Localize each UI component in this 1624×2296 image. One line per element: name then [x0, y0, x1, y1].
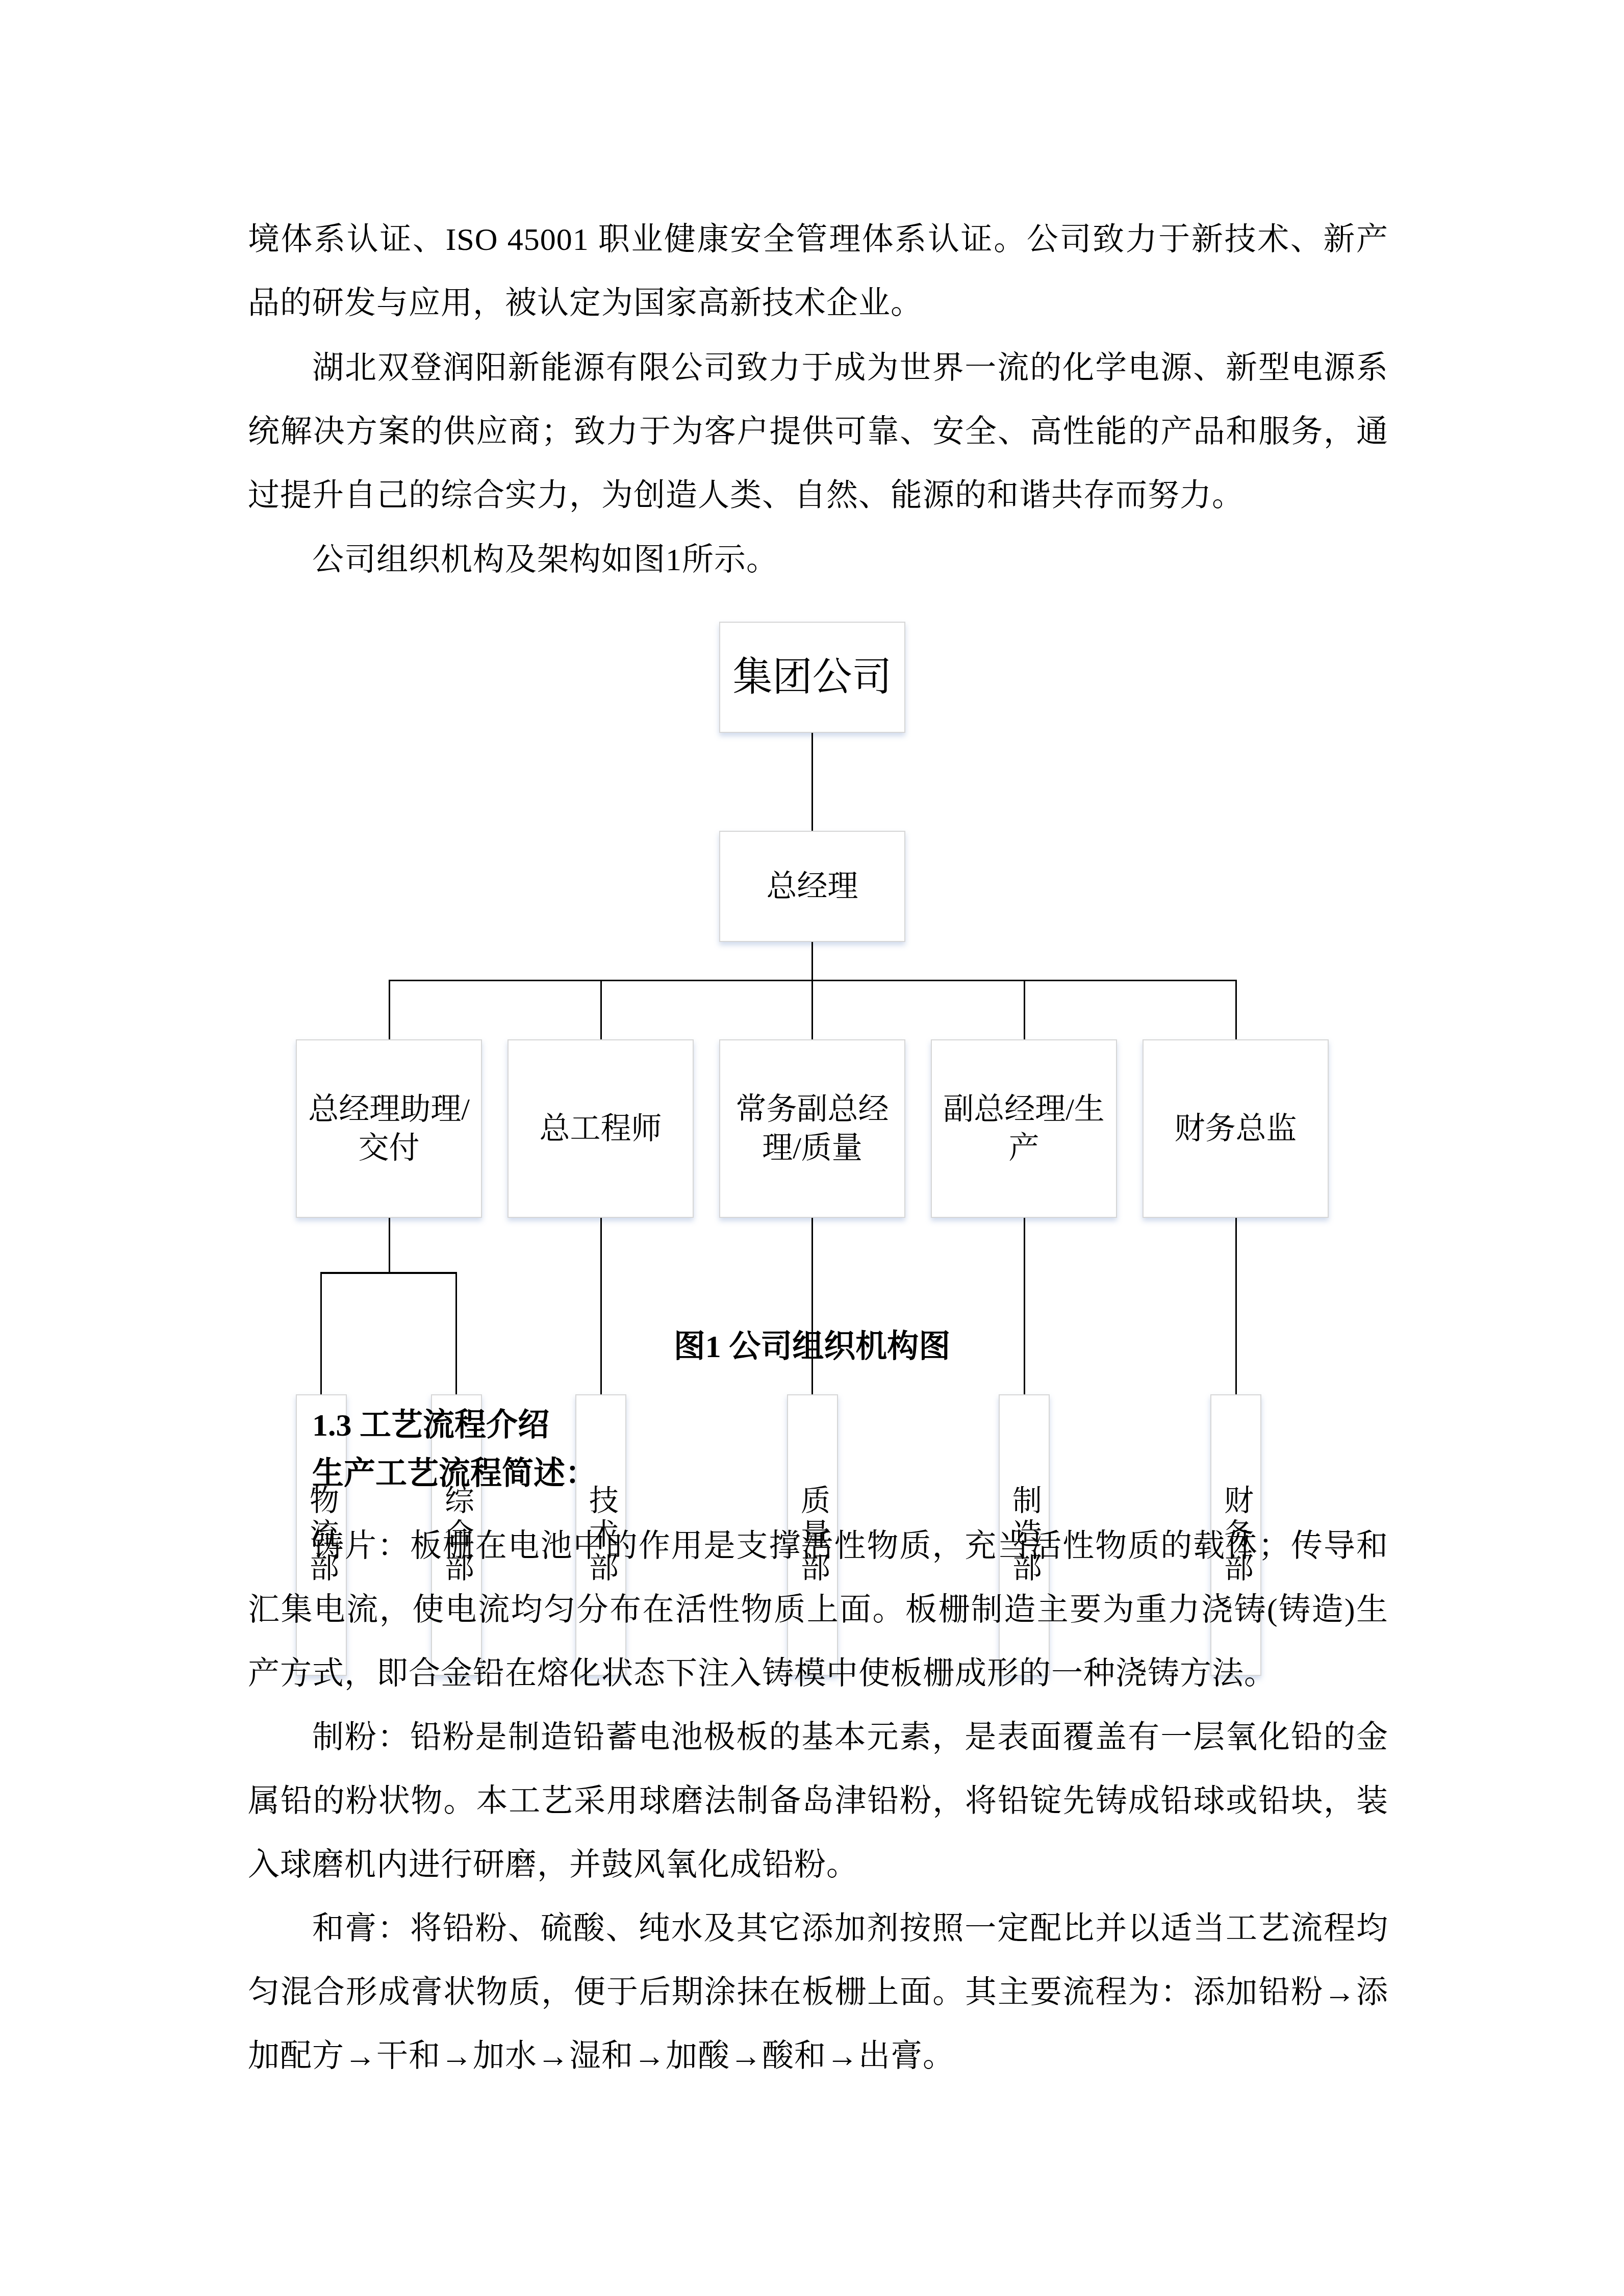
paragraph-certification: 境体系认证、ISO 45001 职业健康安全管理体系认证。公司致力于新技术、新产…	[248, 208, 1388, 336]
connector-line	[811, 980, 813, 1040]
org-node-cfo: 财务总监	[1143, 1039, 1329, 1218]
org-node-executive-vp-quality: 常务副总经理/质量	[719, 1039, 905, 1218]
connector-line	[1235, 1218, 1237, 1394]
connector-line	[811, 1218, 813, 1394]
section-heading: 1.3 工艺流程介绍	[312, 1402, 549, 1448]
connector-line	[811, 942, 813, 980]
paragraph-powder-making: 制粉：铅粉是制造铅蓄电池极板的基本元素，是表面覆盖有一层氧化铅的金属铅的粉状物。…	[248, 1706, 1388, 1897]
connector-line	[600, 980, 602, 1040]
org-node-root: 集团公司	[719, 622, 905, 733]
sub-heading: 生产工艺流程简述：	[312, 1451, 597, 1497]
paragraph-org-intro: 公司组织机构及架构如图1所示。	[248, 528, 1388, 592]
connector-line	[600, 1218, 602, 1394]
org-node-gm: 总经理	[719, 831, 905, 942]
paragraph-paste-mixing: 和膏：将铅粉、硫酸、纯水及其它添加剂按照一定配比并以适当工艺流程均匀混合形成膏状…	[248, 1897, 1388, 2088]
org-node-chief-engineer: 总工程师	[508, 1039, 694, 1218]
connector-line	[389, 1218, 390, 1273]
connector-line	[811, 733, 813, 831]
paragraph-company-mission: 湖北双登润阳新能源有限公司致力于成为世界一流的化学电源、新型电源系统解决方案的供…	[248, 337, 1388, 528]
connector-line	[1024, 1218, 1025, 1394]
figure-caption: 图1 公司组织机构图	[0, 1321, 1624, 1366]
org-node-vp-production: 副总经理/生产	[931, 1039, 1117, 1218]
connector-line	[1235, 980, 1237, 1040]
connector-line	[320, 1272, 457, 1274]
paragraph-casting: 铸片：板栅在电池中的作用是支撑活性物质，充当活性物质的载体；传导和汇集电流，使电…	[248, 1515, 1388, 1706]
connector-line	[1024, 980, 1025, 1040]
connector-line	[389, 980, 390, 1040]
org-node-assistant-gm: 总经理助理/交付	[296, 1039, 482, 1218]
